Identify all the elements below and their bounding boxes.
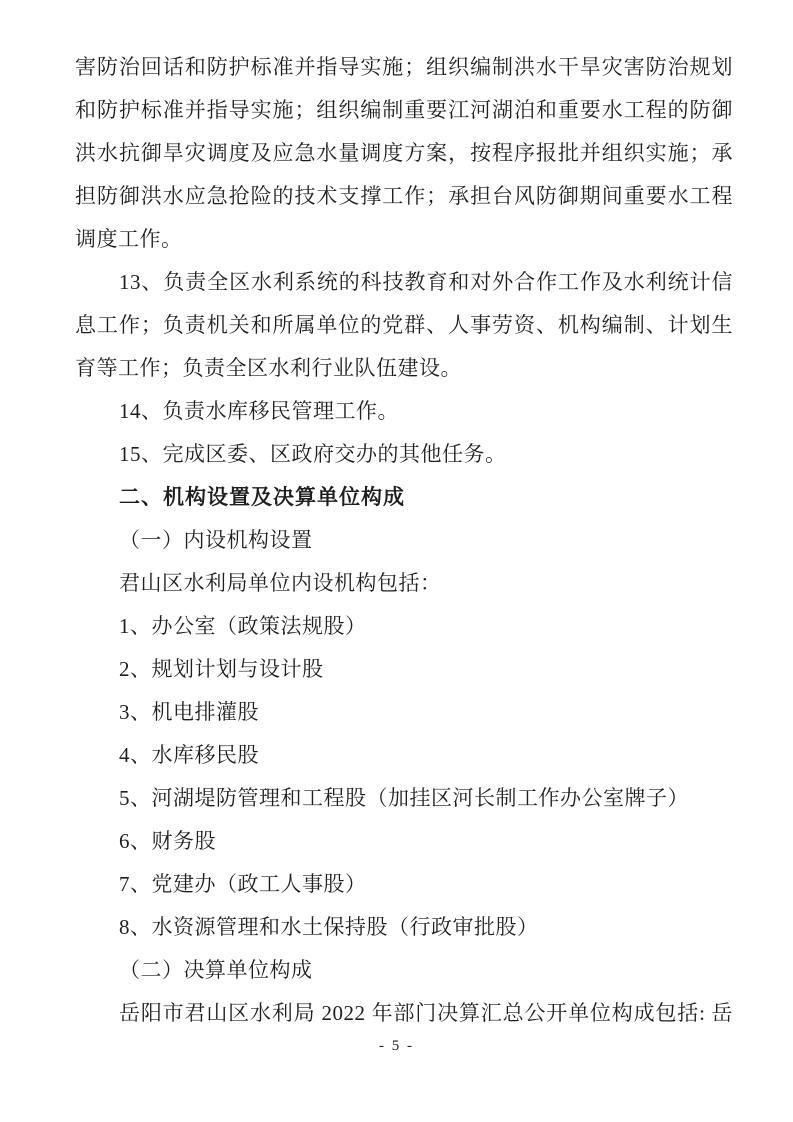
text-line: 6、财务股 <box>75 820 733 863</box>
text-line: 3、机电排灌股 <box>75 691 733 734</box>
text-line: 害防治回话和防护标准并指导实施；组织编制洪水干旱灾害防治规划 <box>75 46 733 89</box>
text-line: 7、党建办（政工人事股） <box>75 863 733 906</box>
text-line: 息工作；负责机关和所属单位的党群、人事劳资、机构编制、计划生 <box>75 304 733 347</box>
text-line: （二）决算单位构成 <box>75 949 733 992</box>
text-line: 4、水库移民股 <box>75 734 733 777</box>
text-line: 洪水抗御旱灾调度及应急水量调度方案，按程序报批并组织实施；承 <box>75 132 733 175</box>
text-line: 担防御洪水应急抢险的技术支撑工作；承担台风防御期间重要水工程 <box>75 175 733 218</box>
text-line: 1、办公室（政策法规股） <box>75 605 733 648</box>
document-body: 害防治回话和防护标准并指导实施；组织编制洪水干旱灾害防治规划和防护标准并指导实施… <box>75 46 733 1035</box>
text-line: 15、完成区委、区政府交办的其他任务。 <box>75 433 733 476</box>
document-page: 害防治回话和防护标准并指导实施；组织编制洪水干旱灾害防治规划和防护标准并指导实施… <box>0 0 793 1122</box>
text-line: 育等工作；负责全区水利行业队伍建设。 <box>75 347 733 390</box>
text-line: 13、负责全区水利系统的科技教育和对外合作工作及水利统计信 <box>75 261 733 304</box>
text-line: 2、规划计划与设计股 <box>75 648 733 691</box>
text-line: 岳阳市君山区水利局 2022 年部门决算汇总公开单位构成包括: 岳 <box>75 992 733 1035</box>
text-line: 调度工作。 <box>75 218 733 261</box>
section-heading: 二、机构设置及决算单位构成 <box>75 476 733 519</box>
text-line: 和防护标准并指导实施；组织编制重要江河湖泊和重要水工程的防御 <box>75 89 733 132</box>
page-number-footer: - 5 - <box>0 1036 793 1056</box>
text-line: 14、负责水库移民管理工作。 <box>75 390 733 433</box>
text-line: 君山区水利局单位内设机构包括： <box>75 562 733 605</box>
text-line: （一）内设机构设置 <box>75 519 733 562</box>
text-line: 5、河湖堤防管理和工程股（加挂区河长制工作办公室牌子） <box>75 777 733 820</box>
text-line: 8、水资源管理和水土保持股（行政审批股） <box>75 906 733 949</box>
